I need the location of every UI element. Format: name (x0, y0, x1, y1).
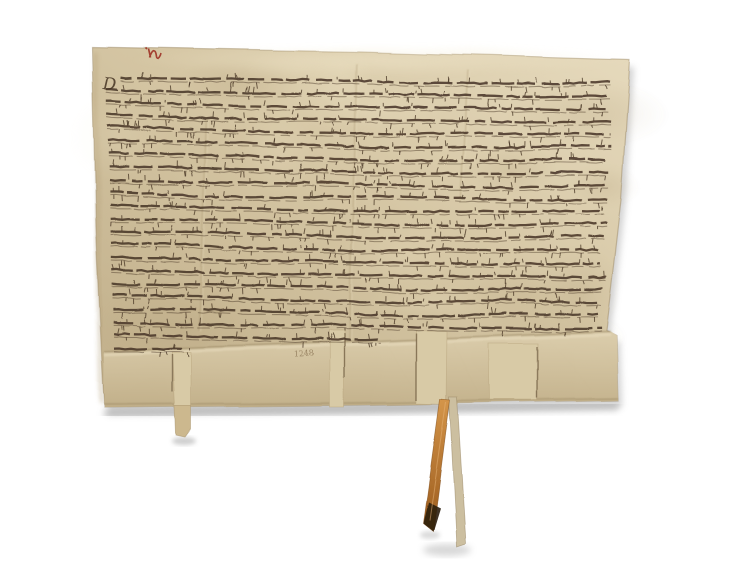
decorated-initial: D (102, 74, 118, 95)
fold-inscription: 1248 (293, 349, 314, 359)
charter-photo-canvas: D 1248 (0, 0, 750, 566)
seal-tail (423, 397, 466, 547)
parchment-sheet: D 1248 (70, 43, 671, 547)
photo-medieval-charter: D 1248 (0, 0, 750, 566)
